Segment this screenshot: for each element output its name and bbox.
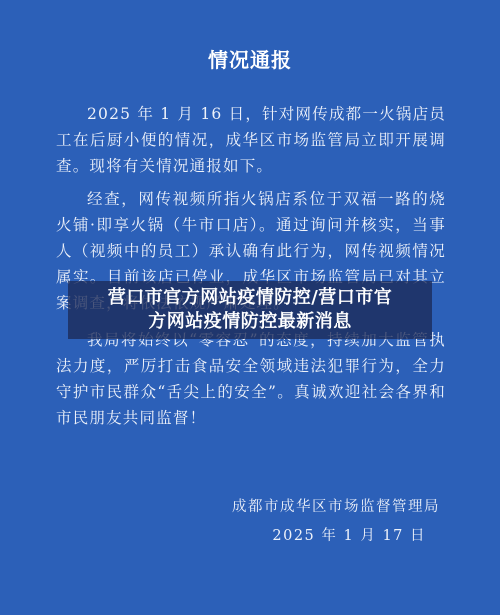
overlay-headline-line-2: 方网站疫情防控最新消息 — [148, 310, 352, 334]
paragraph-text: 2025 年 1 月 16 日，针对网传成都一火锅店员工在后厨小便的情况，成华区… — [56, 101, 446, 179]
paragraph-commitment: 我局将始终以“零容忍”的态度，持续加大监管执法力度，严厉打击食品安全领域违法犯罪… — [56, 327, 446, 431]
paragraph-text: 我局将始终以“零容忍”的态度，持续加大监管执法力度，严厉打击食品安全领域违法犯罪… — [56, 327, 446, 431]
signature-date: 2025 年 1 月 17 日 — [272, 524, 426, 545]
notice-title: 情况通报 — [0, 44, 500, 73]
paragraph-investigation-start: 2025 年 1 月 16 日，针对网传成都一火锅店员工在后厨小便的情况，成华区… — [56, 101, 446, 179]
signature-organization: 成都市成华区市场监督管理局 — [232, 495, 440, 516]
overlay-headline-line-1: 营口市官方网站疫情防控/营口市官 — [108, 286, 393, 310]
headline-overlay-banner: 营口市官方网站疫情防控/营口市官 方网站疫情防控最新消息 — [68, 281, 432, 339]
